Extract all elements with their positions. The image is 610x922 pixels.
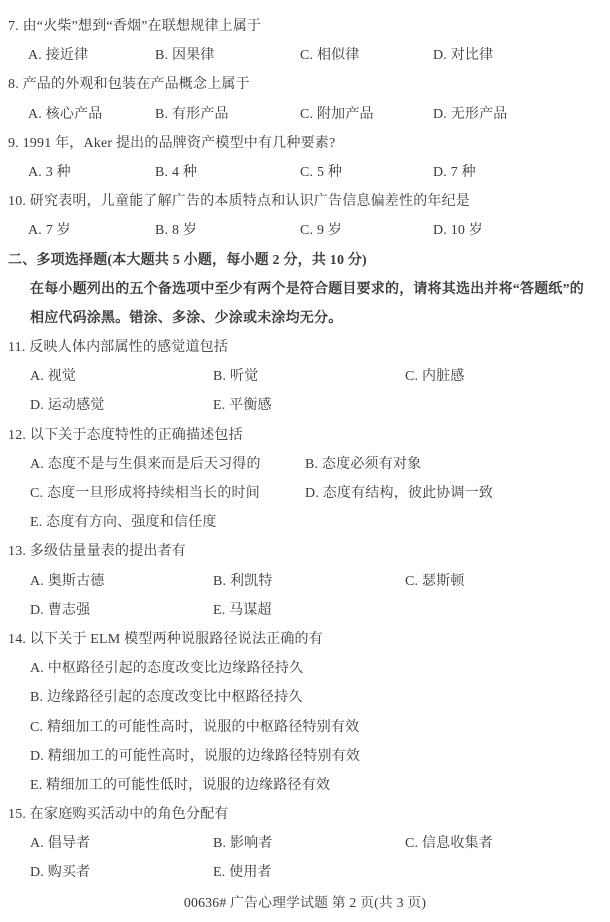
option-a: A. 核心产品 — [28, 100, 103, 129]
option-c: C. 5 种 — [300, 158, 342, 187]
question-7-options: A. 接近律 B. 因果律 C. 相似律 D. 对比律 — [0, 41, 610, 70]
option-e: E. 平衡感 — [213, 391, 272, 420]
question-13-options-row-1: A. 奥斯古德 B. 利凯特 C. 瑟斯顿 — [0, 567, 610, 596]
option-d: D. 无形产品 — [433, 100, 508, 129]
question-10-options: A. 7 岁 B. 8 岁 C. 9 岁 D. 10 岁 — [0, 216, 610, 245]
option-b: B. 影响者 — [213, 829, 273, 858]
option-e: E. 马谋超 — [213, 596, 272, 625]
question-9-options: A. 3 种 B. 4 种 C. 5 种 D. 7 种 — [0, 158, 610, 187]
question-13-options-row-2: D. 曹志强 E. 马谋超 — [0, 596, 610, 625]
section-2-instruction-line-2: 相应代码涂黑。错涂、多涂、少涂或未涂均无分。 — [0, 304, 610, 333]
question-11-options-row-2: D. 运动感觉 E. 平衡感 — [0, 391, 610, 420]
option-d: D. 7 种 — [433, 158, 476, 187]
option-b: B. 4 种 — [155, 158, 197, 187]
option-e: E. 精细加工的可能性低时，说服的边缘路径有效 — [30, 771, 330, 800]
option-c: C. 内脏感 — [405, 362, 465, 391]
question-12-options-row-3: E. 态度有方向、强度和信任度 — [0, 508, 610, 537]
option-b: B. 态度必须有对象 — [305, 450, 421, 479]
option-a: A. 态度不是与生俱来而是后天习得的 — [30, 450, 261, 479]
option-a: A. 中枢路径引起的态度改变比边缘路径持久 — [30, 654, 303, 683]
question-13-text: 13. 多级估量量表的提出者有 — [0, 537, 610, 566]
question-8-options: A. 核心产品 B. 有形产品 C. 附加产品 D. 无形产品 — [0, 100, 610, 129]
option-d: D. 精细加工的可能性高时，说服的边缘路径特别有效 — [30, 742, 360, 771]
section-2-instruction-line-1: 在每小题列出的五个备选项中至少有两个是符合题目要求的，请将其选出并将“答题纸”的 — [0, 275, 610, 304]
option-b: B. 利凯特 — [213, 567, 273, 596]
option-b: B. 8 岁 — [155, 216, 197, 245]
option-c: C. 态度一旦形成将持续相当长的时间 — [30, 479, 260, 508]
question-11-text: 11. 反映人体内部属性的感觉道包括 — [0, 333, 610, 362]
option-d: D. 对比律 — [433, 41, 493, 70]
option-c: C. 相似律 — [300, 41, 360, 70]
question-7-text: 7. 由“火柴”想到“香烟”在联想规律上属于 — [0, 12, 610, 41]
option-d: D. 态度有结构，彼此协调一致 — [305, 479, 493, 508]
question-14-option-d-row: D. 精细加工的可能性高时，说服的边缘路径特别有效 — [0, 742, 610, 771]
option-b: B. 听觉 — [213, 362, 258, 391]
option-a: A. 3 种 — [28, 158, 71, 187]
option-a: A. 奥斯古德 — [30, 567, 105, 596]
option-a: A. 接近律 — [28, 41, 88, 70]
option-c: C. 信息收集者 — [405, 829, 493, 858]
question-12-options-row-1: A. 态度不是与生俱来而是后天习得的 B. 态度必须有对象 — [0, 450, 610, 479]
option-b: B. 因果律 — [155, 41, 215, 70]
option-d: D. 运动感觉 — [30, 391, 105, 420]
option-d: D. 曹志强 — [30, 596, 90, 625]
question-15-options-row-2: D. 购买者 E. 使用者 — [0, 858, 610, 887]
option-e: E. 态度有方向、强度和信任度 — [30, 508, 217, 537]
question-14-option-b-row: B. 边缘路径引起的态度改变比中枢路径持久 — [0, 683, 610, 712]
option-c: C. 瑟斯顿 — [405, 567, 465, 596]
option-d: D. 购买者 — [30, 858, 90, 887]
question-9-text: 9. 1991 年，Aker 提出的品牌资产模型中有几种要素? — [0, 129, 610, 158]
option-b: B. 边缘路径引起的态度改变比中枢路径持久 — [30, 683, 303, 712]
option-c: C. 9 岁 — [300, 216, 342, 245]
option-e: E. 使用者 — [213, 858, 272, 887]
exam-page: 7. 由“火柴”想到“香烟”在联想规律上属于 A. 接近律 B. 因果律 C. … — [0, 0, 610, 922]
question-12-text: 12. 以下关于态度特性的正确描述包括 — [0, 421, 610, 450]
question-14-text: 14. 以下关于 ELM 模型两种说服路径说法正确的有 — [0, 625, 610, 654]
option-c: C. 附加产品 — [300, 100, 374, 129]
question-12-options-row-2: C. 态度一旦形成将持续相当长的时间 D. 态度有结构，彼此协调一致 — [0, 479, 610, 508]
option-c: C. 精细加工的可能性高时，说服的中枢路径特别有效 — [30, 713, 359, 742]
option-a: A. 倡导者 — [30, 829, 90, 858]
option-a: A. 7 岁 — [28, 216, 71, 245]
question-14-option-e-row: E. 精细加工的可能性低时，说服的边缘路径有效 — [0, 771, 610, 800]
question-8-text: 8. 产品的外观和包装在产品概念上属于 — [0, 70, 610, 99]
question-14-option-c-row: C. 精细加工的可能性高时，说服的中枢路径特别有效 — [0, 713, 610, 742]
option-b: B. 有形产品 — [155, 100, 229, 129]
question-15-options-row-1: A. 倡导者 B. 影响者 C. 信息收集者 — [0, 829, 610, 858]
option-d: D. 10 岁 — [433, 216, 483, 245]
page-footer: 00636# 广告心理学试题 第 2 页(共 3 页) — [0, 888, 610, 917]
section-2-heading: 二、多项选择题(本大题共 5 小题，每小题 2 分，共 10 分) — [0, 246, 610, 275]
question-15-text: 15. 在家庭购买活动中的角色分配有 — [0, 800, 610, 829]
option-a: A. 视觉 — [30, 362, 76, 391]
question-11-options-row-1: A. 视觉 B. 听觉 C. 内脏感 — [0, 362, 610, 391]
question-10-text: 10. 研究表明，儿童能了解广告的本质特点和认识广告信息偏差性的年纪是 — [0, 187, 610, 216]
question-14-option-a-row: A. 中枢路径引起的态度改变比边缘路径持久 — [0, 654, 610, 683]
